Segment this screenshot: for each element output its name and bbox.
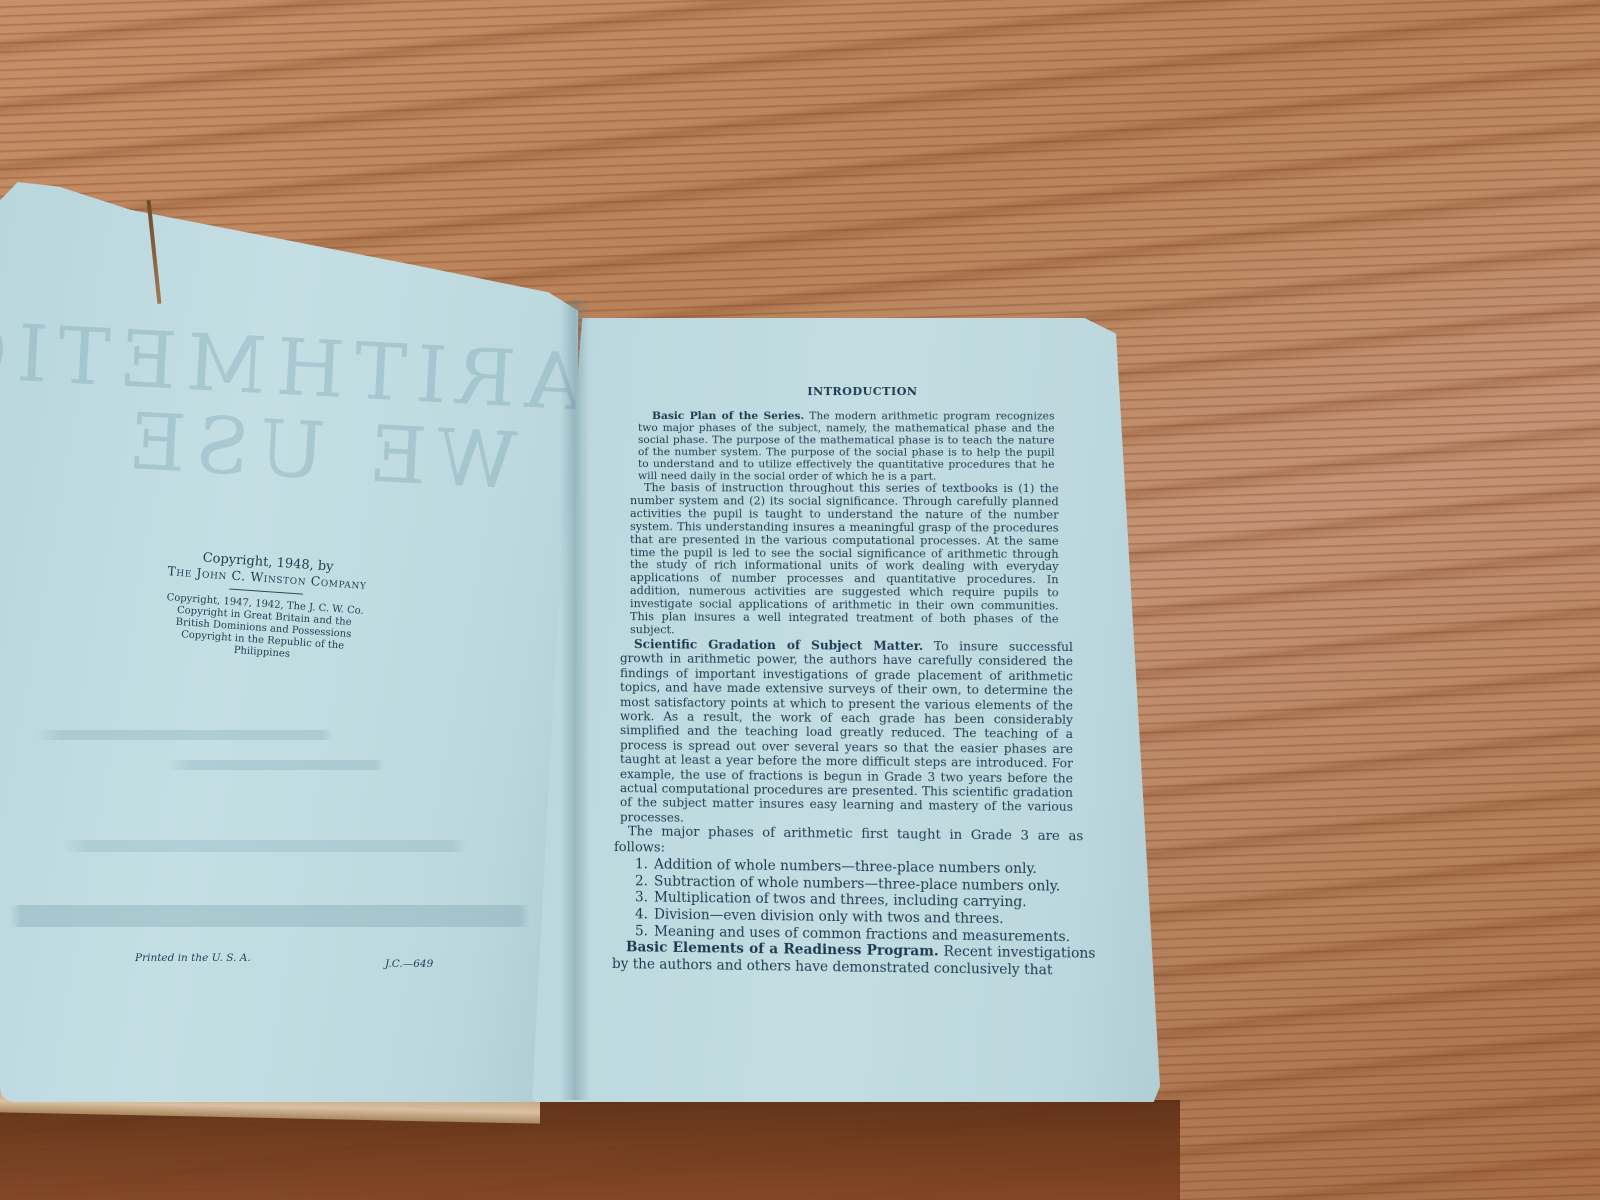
run-in-heading: Basic Plan of the Series. (652, 410, 804, 422)
paragraph-text: The basis of instruction throughout this… (630, 481, 1059, 636)
bleed-through-title: ARITHMETIC WE USE (56, 317, 584, 508)
print-code: J.C.—649 (385, 958, 433, 970)
list-number: 4. (626, 906, 648, 923)
run-in-heading: Scientific Gradation of Subject Matter. (634, 637, 923, 653)
paragraph-readiness: Basic Elements of a Readiness Program. R… (612, 939, 1095, 979)
printed-in-usa: Printed in the U. S. A. (135, 952, 251, 964)
copyright-block: Copyright, 1948, by The John C. Winston … (127, 546, 404, 669)
paragraph-basic-plan: Basic Plan of the Series. The modern ari… (612, 410, 1095, 483)
spine-gutter (560, 300, 590, 1100)
divider (229, 588, 303, 594)
bleed-through-text (10, 700, 530, 930)
phase-list: 1.Addition of whole numbers—three-place … (612, 856, 1095, 946)
list-number: 3. (626, 890, 648, 907)
introduction-text: INTRODUCTION Basic Plan of the Series. T… (612, 385, 1095, 979)
list-number: 2. (626, 873, 648, 890)
paragraph-gradation: Scientific Gradation of Subject Matter. … (612, 637, 1095, 830)
list-number: 1. (626, 856, 648, 873)
paragraph-text: The major phases of arithmetic first tau… (614, 824, 1083, 855)
paragraph-basis: The basis of instruction throughout this… (612, 482, 1095, 640)
list-number: 5. (626, 923, 648, 940)
page-title: INTRODUCTION (612, 385, 1095, 398)
paragraph-text: To insure successful growth in arithmeti… (620, 639, 1073, 825)
